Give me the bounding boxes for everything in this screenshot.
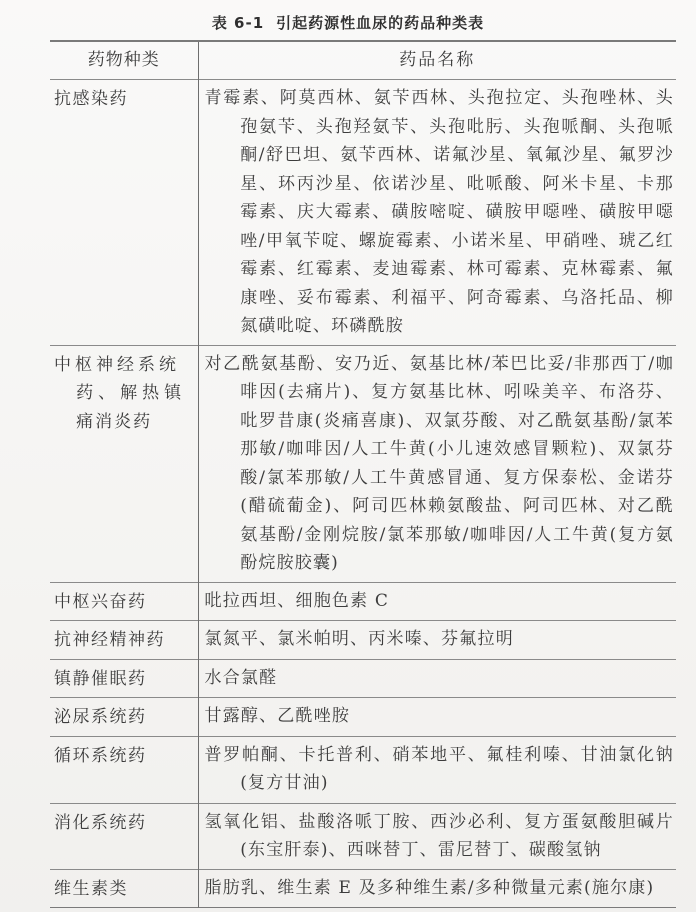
category-cell: 泌尿系统药: [50, 698, 198, 737]
category-multiline: 中枢神经系统 药、解热镇 痛消炎药: [54, 351, 194, 437]
drug-names-cell: 水合氯醛: [198, 659, 676, 698]
category-line: 痛消炎药: [54, 408, 194, 437]
category-line: 药、解热镇: [54, 379, 194, 408]
category-cell: 维生素类: [50, 869, 198, 908]
category-cell: 中枢兴奋药: [50, 582, 198, 621]
drug-names-cell: 甘露醇、乙酰唑胺: [198, 698, 676, 737]
table-row: 中枢兴奋药 吡拉西坦、细胞色素 C: [50, 582, 676, 621]
table-row: 消化系统药 氢氧化铝、盐酸洛哌丁胺、西沙必利、复方蛋氨酸胆碱片(东宝肝泰)、西咪…: [50, 803, 676, 869]
table-row: 中枢神经系统 药、解热镇 痛消炎药 对乙酰氨基酚、安乃近、氨基比林/苯巴比妥/非…: [50, 345, 676, 582]
table-row: 抗神经精神药 氯氮平、氯米帕明、丙米嗪、芬氟拉明: [50, 621, 676, 660]
column-header-drug-names: 药品名称: [198, 41, 676, 80]
category-cell: 消化系统药: [50, 803, 198, 869]
document-page: 表 6-1引起药源性血尿的药品种类表 药物种类 药品名称 抗感染药 青霉素、阿莫…: [0, 0, 696, 912]
table-caption: 表 6-1引起药源性血尿的药品种类表: [0, 12, 696, 33]
table-row: 循环系统药 普罗帕酮、卡托普利、硝苯地平、氟桂利嗪、甘油氯化钠(复方甘油): [50, 736, 676, 803]
table-number: 表 6-1: [212, 14, 264, 32]
drug-hematuria-table: 药物种类 药品名称 抗感染药 青霉素、阿莫西林、氨苄西林、头孢拉定、头孢唑林、头…: [50, 40, 676, 908]
drug-names-cell: 对乙酰氨基酚、安乃近、氨基比林/苯巴比妥/非那西丁/咖啡因(去痛片)、复方氨基比…: [198, 345, 676, 582]
table-row: 抗感染药 青霉素、阿莫西林、氨苄西林、头孢拉定、头孢唑林、头孢氨苄、头孢羟氨苄、…: [50, 80, 676, 346]
drug-names-cell: 脂肪乳、维生素 E 及多种维生素/多种微量元素(施尔康): [198, 869, 676, 908]
table-row: 镇静催眠药 水合氯醛: [50, 659, 676, 698]
category-cell: 中枢神经系统 药、解热镇 痛消炎药: [50, 345, 198, 582]
table-row: 泌尿系统药 甘露醇、乙酰唑胺: [50, 698, 676, 737]
drug-names-cell: 青霉素、阿莫西林、氨苄西林、头孢拉定、头孢唑林、头孢氨苄、头孢羟氨苄、头孢吡肟、…: [198, 80, 676, 346]
column-header-category: 药物种类: [50, 41, 198, 80]
category-cell: 抗感染药: [50, 80, 198, 346]
category-line: 中枢神经系统: [54, 351, 194, 380]
category-cell: 抗神经精神药: [50, 621, 198, 660]
drug-names-cell: 普罗帕酮、卡托普利、硝苯地平、氟桂利嗪、甘油氯化钠(复方甘油): [198, 736, 676, 803]
drug-names-cell: 氯氮平、氯米帕明、丙米嗪、芬氟拉明: [198, 621, 676, 660]
table-header-row: 药物种类 药品名称: [50, 41, 676, 80]
category-cell: 镇静催眠药: [50, 659, 198, 698]
drug-names-cell: 吡拉西坦、细胞色素 C: [198, 582, 676, 621]
table-row: 维生素类 脂肪乳、维生素 E 及多种维生素/多种微量元素(施尔康): [50, 869, 676, 908]
table-title: 引起药源性血尿的药品种类表: [276, 14, 484, 32]
category-cell: 循环系统药: [50, 736, 198, 803]
drug-names-cell: 氢氧化铝、盐酸洛哌丁胺、西沙必利、复方蛋氨酸胆碱片(东宝肝泰)、西咪替丁、雷尼替…: [198, 803, 676, 869]
